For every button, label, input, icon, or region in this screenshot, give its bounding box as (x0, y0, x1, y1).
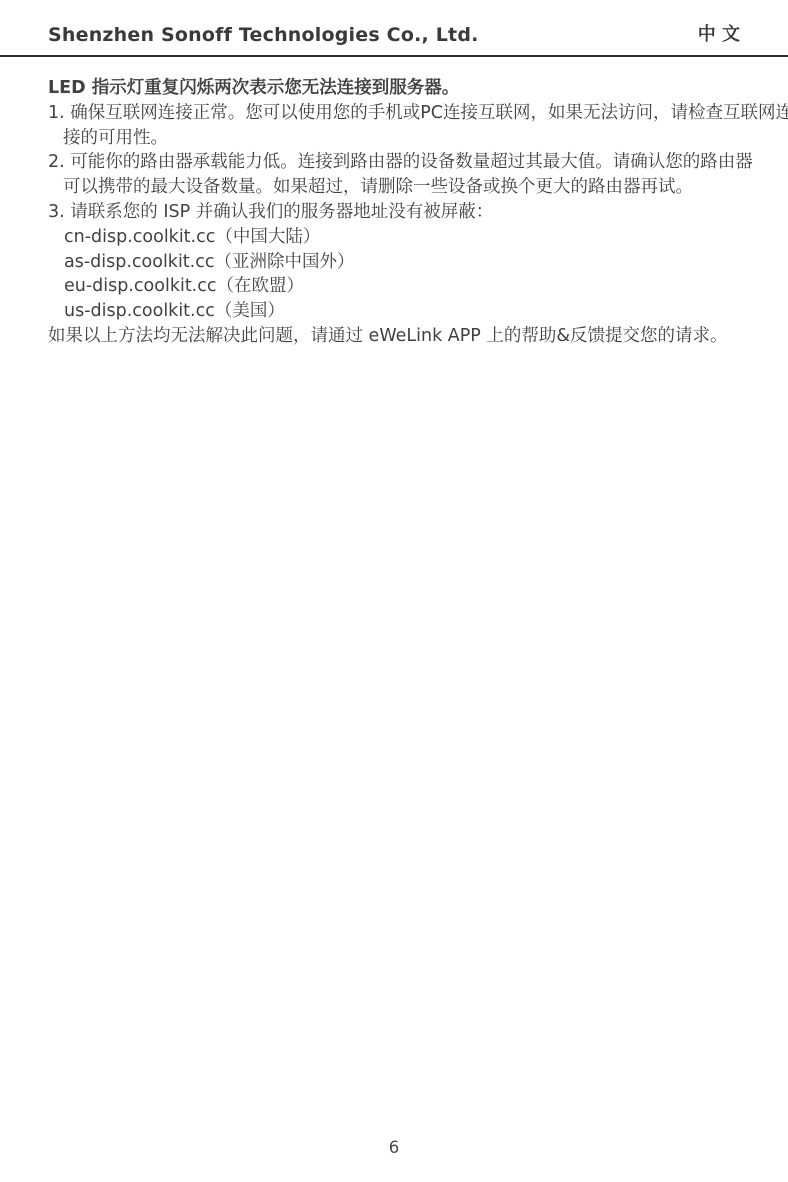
page-header: Shenzhen Sonoff Technologies Co., Ltd. 中… (0, 0, 788, 57)
page-footer: 6 (0, 1138, 788, 1157)
step-1-line-2: 接的可用性。 (48, 126, 742, 151)
server-address-as: as-disp.coolkit.cc（亚洲除中国外） (48, 250, 742, 275)
language-label: 中 文 (698, 20, 740, 46)
section-title: LED 指示灯重复闪烁两次表示您无法连接到服务器。 (48, 76, 742, 101)
closing-note: 如果以上方法均无法解决此问题，请通过 eWeLink APP 上的帮助&反馈提交… (48, 324, 742, 349)
server-address-cn: cn-disp.coolkit.cc（中国大陆） (48, 225, 742, 250)
step-1-line-1: 1. 确保互联网连接正常。您可以使用您的手机或PC连接互联网，如果无法访问，请检… (48, 101, 742, 126)
step-2-line-2: 可以携带的最大设备数量。如果超过，请删除一些设备或换个更大的路由器再试。 (48, 175, 742, 200)
page-content: LED 指示灯重复闪烁两次表示您无法连接到服务器。 1. 确保互联网连接正常。您… (48, 76, 742, 349)
step-2-line-1: 2. 可能你的路由器承载能力低。连接到路由器的设备数量超过其最大值。请确认您的路… (48, 150, 742, 175)
page-number: 6 (389, 1138, 400, 1157)
server-address-eu: eu-disp.coolkit.cc（在欧盟） (48, 274, 742, 299)
server-address-us: us-disp.coolkit.cc（美国） (48, 299, 742, 324)
step-3-line-1: 3. 请联系您的 ISP 并确认我们的服务器地址没有被屏蔽： (48, 200, 742, 225)
company-name: Shenzhen Sonoff Technologies Co., Ltd. (48, 24, 479, 46)
